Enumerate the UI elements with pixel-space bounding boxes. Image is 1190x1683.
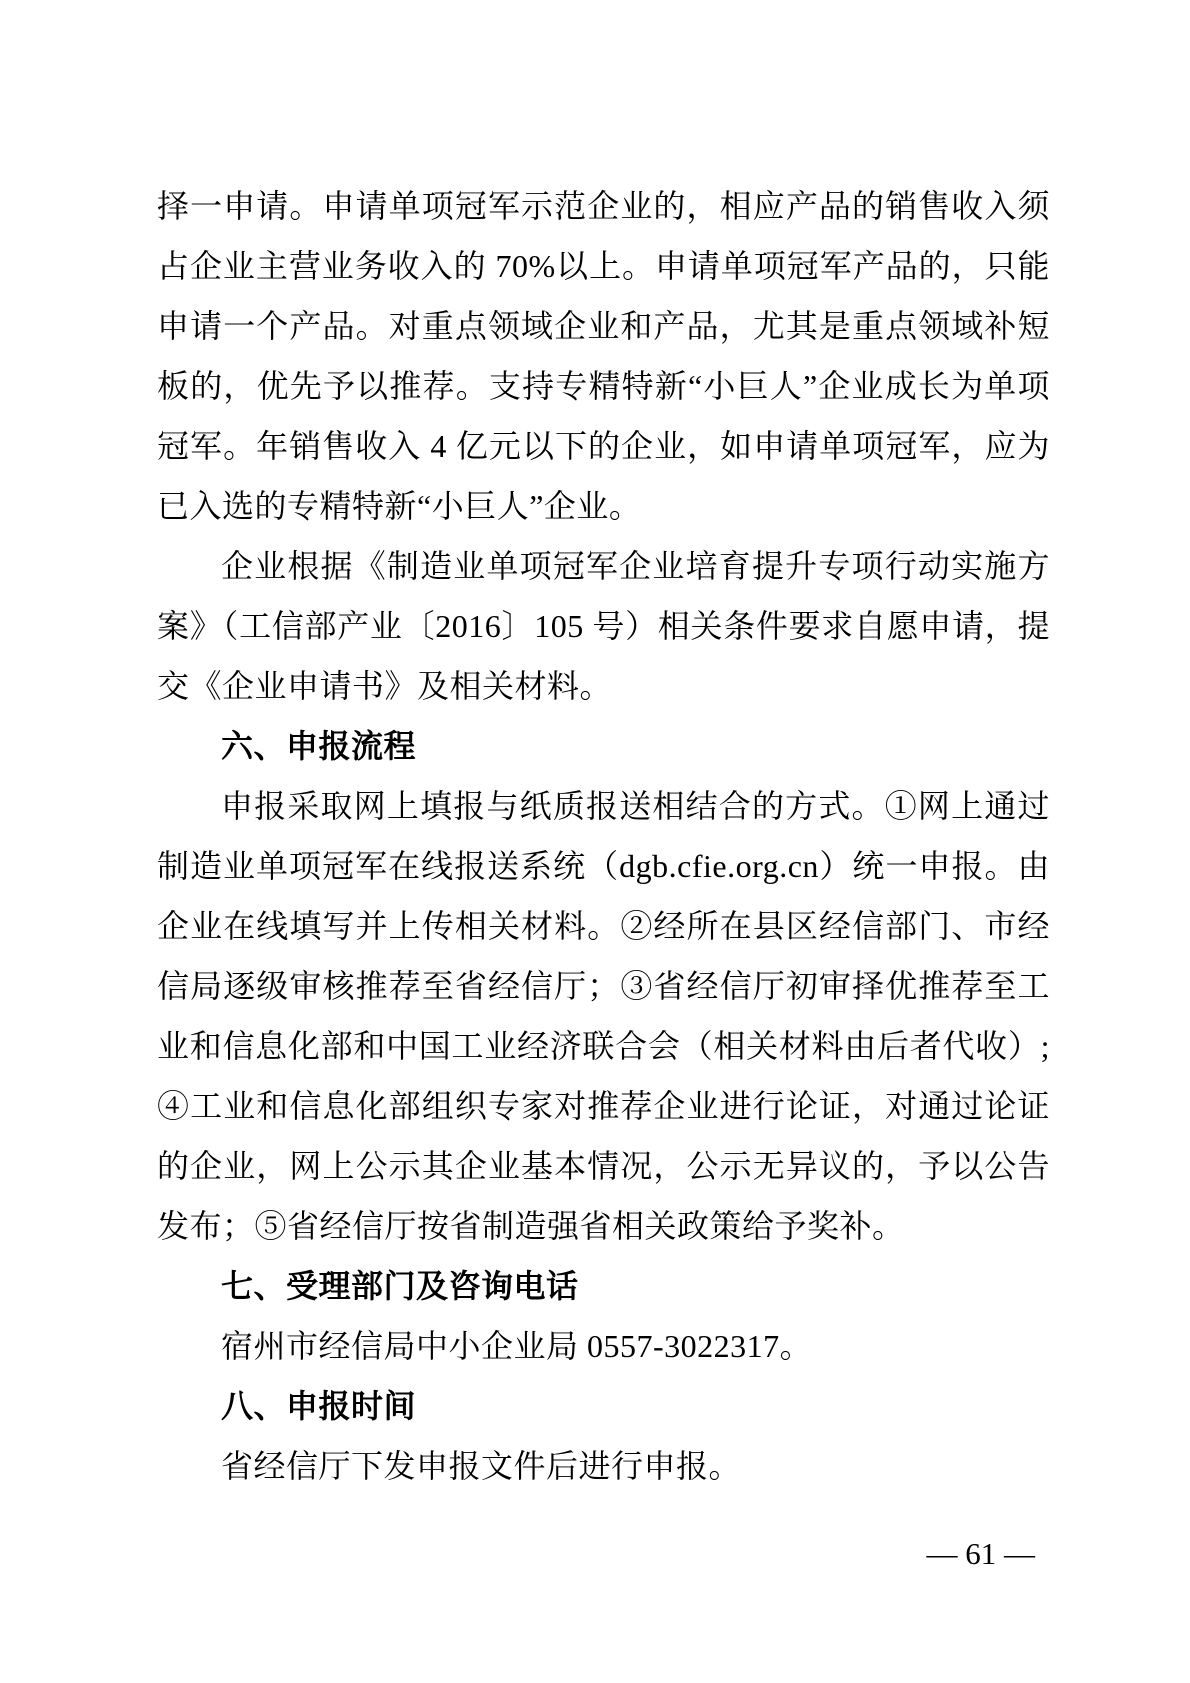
paragraph: 企业根据《制造业单项冠军企业培育提升专项行动实施方案》（工信部产业〔2016〕1…: [157, 536, 1050, 716]
text-line: 业和信息化部和中国工业经济联合会（相关材料由后者代收）;: [157, 1016, 1050, 1076]
text-line: ④工业和信息化部组织专家对推荐企业进行论证，对通过论证: [157, 1076, 1050, 1136]
document-body: 择一申请。申请单项冠军示范企业的，相应产品的销售收入须占企业主营业务收入的 70…: [157, 176, 1050, 1496]
text-line: 企业在线填写并上传相关材料。②经所在县区经信部门、市经: [157, 896, 1050, 956]
text-line: 择一申请。申请单项冠军示范企业的，相应产品的销售收入须: [157, 176, 1050, 236]
section-heading: 六、申报流程: [157, 716, 1050, 776]
text-line: 板的，优先予以推荐。支持专精特新“小巨人”企业成长为单项: [157, 356, 1050, 416]
section-heading: 七、受理部门及咨询电话: [157, 1256, 1050, 1316]
text-line: 七、受理部门及咨询电话: [157, 1256, 1050, 1316]
text-line: 案》（工信部产业〔2016〕105 号）相关条件要求自愿申请，提: [157, 596, 1050, 656]
text-line: 申报采取网上填报与纸质报送相结合的方式。①网上通过: [157, 776, 1050, 836]
text-line: 的企业，网上公示其企业基本情况，公示无异议的，予以公告: [157, 1136, 1050, 1196]
text-line: 宿州市经信局中小企业局 0557-3022317。: [157, 1316, 1050, 1376]
text-line: 制造业单项冠军在线报送系统（dgb.cfie.org.cn）统一申报。由: [157, 836, 1050, 896]
text-line: 企业根据《制造业单项冠军企业培育提升专项行动实施方: [157, 536, 1050, 596]
text-line: 交《企业申请书》及相关材料。: [157, 656, 1050, 716]
text-line: 信局逐级审核推荐至省经信厅；③省经信厅初审择优推荐至工: [157, 956, 1050, 1016]
text-line: 已入选的专精特新“小巨人”企业。: [157, 476, 1050, 536]
page-number: — 61 —: [927, 1534, 1036, 1574]
text-line: 八、申报时间: [157, 1376, 1050, 1436]
text-line: 申请一个产品。对重点领域企业和产品，尤其是重点领域补短: [157, 296, 1050, 356]
paragraph: 申报采取网上填报与纸质报送相结合的方式。①网上通过制造业单项冠军在线报送系统（d…: [157, 776, 1050, 1256]
text-line: 六、申报流程: [157, 716, 1050, 776]
document-page: 择一申请。申请单项冠军示范企业的，相应产品的销售收入须占企业主营业务收入的 70…: [0, 0, 1190, 1683]
text-line: 冠军。年销售收入 4 亿元以下的企业，如申请单项冠军，应为: [157, 416, 1050, 476]
section-heading: 八、申报时间: [157, 1376, 1050, 1436]
paragraph: 择一申请。申请单项冠军示范企业的，相应产品的销售收入须占企业主营业务收入的 70…: [157, 176, 1050, 536]
paragraph: 宿州市经信局中小企业局 0557-3022317。: [157, 1316, 1050, 1376]
text-line: 占企业主营业务收入的 70%以上。申请单项冠军产品的，只能: [157, 236, 1050, 296]
paragraph: 省经信厅下发申报文件后进行申报。: [157, 1436, 1050, 1496]
text-line: 发布；⑤省经信厅按省制造强省相关政策给予奖补。: [157, 1196, 1050, 1256]
text-line: 省经信厅下发申报文件后进行申报。: [157, 1436, 1050, 1496]
